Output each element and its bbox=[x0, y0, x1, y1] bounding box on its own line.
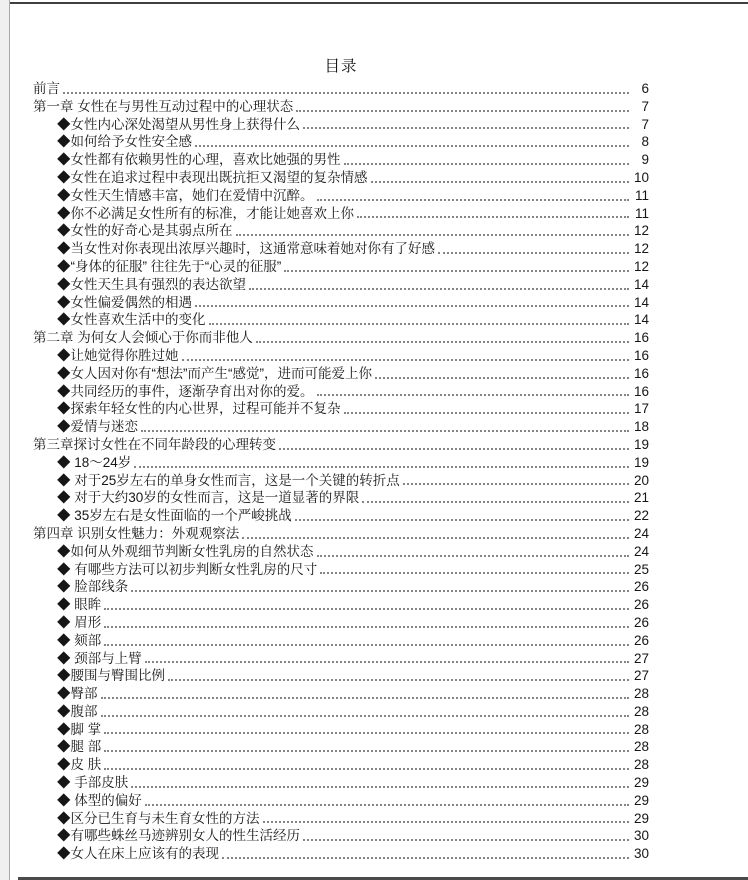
toc-entry[interactable]: ◆女性内心深处渴望从男性身上获得什么 7 bbox=[33, 116, 649, 134]
toc-entry-text: ◆女性都有依赖男性的心理，喜欢比她强的男性 bbox=[57, 151, 341, 169]
toc-entry[interactable]: ◆女性的好奇心是其弱点所在 12 bbox=[33, 222, 649, 240]
toc-entry-page-number: 28 bbox=[631, 703, 649, 721]
toc-entry-text: ◆腿 部 bbox=[57, 738, 101, 756]
dot-leader bbox=[209, 323, 630, 325]
toc-entry-text: ◆如何给予女性安全感 bbox=[57, 133, 192, 151]
dot-leader bbox=[101, 697, 630, 699]
toc-entry-page-number: 10 bbox=[631, 169, 649, 187]
dot-leader bbox=[344, 163, 630, 165]
toc-entry-text: ◆腹部 bbox=[57, 703, 98, 721]
toc-entry[interactable]: ◆女性在追求过程中表现出既抗拒又渴望的复杂情感 10 bbox=[33, 169, 649, 187]
toc-entry-page-number: 6 bbox=[631, 80, 649, 98]
toc-entry-text: 第四章 识别女性魅力：外观观察法 bbox=[33, 525, 239, 543]
toc-entry-page-number: 7 bbox=[631, 98, 649, 116]
toc-entry-page-number: 14 bbox=[631, 294, 649, 312]
toc-title: 目录 bbox=[33, 57, 649, 77]
toc-entry[interactable]: ◆共同经历的事件，逐渐孕育出对你的爱。 16 bbox=[33, 383, 649, 401]
toc-entry-page-number: 12 bbox=[631, 240, 649, 258]
toc-entry[interactable]: ◆女性天生具有强烈的表达欲望 14 bbox=[33, 276, 649, 294]
toc-entry[interactable]: ◆让她觉得你胜过她 16 bbox=[33, 347, 649, 365]
toc-entry-page-number: 30 bbox=[631, 827, 649, 845]
page-content: 目录 前言 6 第一章 女性在与男性互动过程中的心理状态 7 ◆女性内心深处渴望… bbox=[33, 0, 649, 863]
toc-entry-text: ◆你不必满足女性所有的标准，才能让她喜欢上你 bbox=[57, 205, 354, 223]
toc-entry-text: ◆ 颈部与上臂 bbox=[57, 650, 142, 668]
dot-leader bbox=[279, 448, 629, 450]
toc-entry-text: ◆爱情与迷恋 bbox=[57, 418, 138, 436]
toc-entry-text: ◆女人因对你有“想法”而产生“感觉”，进而可能爱上你 bbox=[57, 365, 372, 383]
dot-leader bbox=[403, 483, 629, 485]
toc-entry-page-number: 9 bbox=[631, 151, 649, 169]
toc-entry[interactable]: ◆ 35岁左右是女性面临的一个严峻挑战 22 bbox=[33, 507, 649, 525]
toc-entry-text: ◆女性在追求过程中表现出既抗拒又渴望的复杂情感 bbox=[57, 169, 368, 187]
toc-entry-text: 第二章 为何女人会倾心于你而非他人 bbox=[33, 329, 253, 347]
dot-leader bbox=[104, 732, 629, 734]
dot-leader bbox=[195, 305, 629, 307]
toc-entry-page-number: 24 bbox=[631, 543, 649, 561]
toc-entry-page-number: 7 bbox=[631, 116, 649, 134]
toc-entry-page-number: 26 bbox=[631, 614, 649, 632]
toc-entry-page-number: 27 bbox=[631, 650, 649, 668]
toc-entry-text: ◆女性的好奇心是其弱点所在 bbox=[57, 222, 233, 240]
toc-entry[interactable]: 前言 6 bbox=[33, 80, 649, 98]
dot-leader bbox=[249, 288, 629, 290]
toc-entry-text: ◆ 对于大约30岁的女性而言，这是一道显著的界限 bbox=[57, 489, 359, 507]
toc-entry-text: 前言 bbox=[33, 80, 60, 98]
toc-entry-text: ◆有哪些蛛丝马迹辨别女人的性生活经历 bbox=[57, 827, 300, 845]
toc-entry-text: ◆ 脸部线条 bbox=[57, 578, 128, 596]
toc-entry[interactable]: ◆女人因对你有“想法”而产生“感觉”，进而可能爱上你 16 bbox=[33, 365, 649, 383]
toc-entry[interactable]: ◆女性天生情感丰富，她们在爱情中沉醉。 11 bbox=[33, 187, 649, 205]
toc-entry-text: ◆ 眉形 bbox=[57, 614, 101, 632]
dot-leader bbox=[104, 768, 629, 770]
toc-entry[interactable]: ◆女性喜欢生活中的变化 14 bbox=[33, 311, 649, 329]
dot-leader bbox=[317, 394, 630, 396]
dot-leader bbox=[296, 110, 629, 112]
toc-entry-page-number: 12 bbox=[631, 222, 649, 240]
toc-entry-page-number: 28 bbox=[631, 721, 649, 739]
toc-entry-text: ◆ 眼眸 bbox=[57, 596, 101, 614]
dot-leader bbox=[101, 715, 630, 717]
toc-entry[interactable]: ◆ 对于25岁左右的单身女性而言，这是一个关键的转折点 20 bbox=[33, 472, 649, 490]
toc-entry[interactable]: ◆ 手部皮肤 29 bbox=[33, 774, 649, 792]
dot-leader bbox=[131, 590, 629, 592]
dot-leader bbox=[63, 92, 629, 94]
dot-leader bbox=[256, 341, 629, 343]
toc-entry[interactable]: ◆爱情与迷恋 18 bbox=[33, 418, 649, 436]
toc-entry[interactable]: ◆ 眼眸 26 bbox=[33, 596, 649, 614]
dot-leader bbox=[104, 644, 629, 646]
dot-leader bbox=[104, 608, 629, 610]
toc-entry-text: ◆让她觉得你胜过她 bbox=[57, 347, 179, 365]
toc-entry-page-number: 14 bbox=[631, 311, 649, 329]
document-page: 目录 前言 6 第一章 女性在与男性互动过程中的心理状态 7 ◆女性内心深处渴望… bbox=[9, 0, 748, 880]
toc-entry[interactable]: ◆ 颏部 26 bbox=[33, 632, 649, 650]
toc-entry-page-number: 19 bbox=[631, 436, 649, 454]
toc-entry-page-number: 30 bbox=[631, 845, 649, 863]
toc-entry-text: ◆臀部 bbox=[57, 685, 98, 703]
dot-leader bbox=[168, 679, 629, 681]
toc-entry-page-number: 29 bbox=[631, 774, 649, 792]
toc-entry-page-number: 20 bbox=[631, 472, 649, 490]
toc-entry-page-number: 16 bbox=[631, 365, 649, 383]
toc-entry-page-number: 8 bbox=[631, 133, 649, 151]
toc-entry-page-number: 24 bbox=[631, 525, 649, 543]
dot-leader bbox=[438, 252, 629, 254]
toc-entry-page-number: 29 bbox=[631, 810, 649, 828]
toc-entry-text: 第一章 女性在与男性互动过程中的心理状态 bbox=[33, 98, 293, 116]
toc-entry-page-number: 17 bbox=[631, 400, 649, 418]
dot-leader bbox=[141, 430, 629, 432]
toc-entry[interactable]: 第一章 女性在与男性互动过程中的心理状态 7 bbox=[33, 98, 649, 116]
dot-leader bbox=[131, 786, 629, 788]
toc-entry-text: 第三章探讨女性在不同年龄段的心理转变 bbox=[33, 436, 276, 454]
toc-entry-page-number: 16 bbox=[631, 383, 649, 401]
dot-leader bbox=[357, 216, 629, 218]
toc-entry[interactable]: ◆腹部 28 bbox=[33, 703, 649, 721]
toc-entry-text: ◆腰围与臀围比例 bbox=[57, 667, 165, 685]
toc-entry[interactable]: ◆如何从外观细节判断女性乳房的自然状态 24 bbox=[33, 543, 649, 561]
toc-entry-page-number: 22 bbox=[631, 507, 649, 525]
toc-entry[interactable]: ◆区分已生育与未生育女性的方法 29 bbox=[33, 810, 649, 828]
toc-entry[interactable]: ◆ 脸部线条 26 bbox=[33, 578, 649, 596]
toc-entry-page-number: 12 bbox=[631, 258, 649, 276]
toc-entry[interactable]: ◆女性都有依赖男性的心理，喜欢比她强的男性 9 bbox=[33, 151, 649, 169]
toc-entry-text: ◆脚 掌 bbox=[57, 721, 101, 739]
dot-leader bbox=[295, 519, 629, 521]
dot-leader bbox=[222, 857, 629, 859]
toc-entry[interactable]: ◆ 18～24岁 19 bbox=[33, 454, 649, 472]
dot-leader bbox=[145, 804, 629, 806]
dot-leader bbox=[236, 234, 630, 236]
dot-leader bbox=[303, 127, 629, 129]
toc-entry-text: ◆“身体的征服” 往往先于“心灵的征服” bbox=[57, 258, 281, 276]
dot-leader bbox=[344, 412, 630, 414]
toc-entry-text: ◆ 颏部 bbox=[57, 632, 101, 650]
toc-entry-page-number: 26 bbox=[631, 596, 649, 614]
toc-entry-page-number: 19 bbox=[631, 454, 649, 472]
toc-entry-page-number: 11 bbox=[631, 187, 649, 205]
toc-entry[interactable]: ◆ 对于大约30岁的女性而言，这是一道显著的界限 21 bbox=[33, 489, 649, 507]
toc-entry[interactable]: ◆ 颈部与上臂 27 bbox=[33, 650, 649, 668]
toc-entry-text: ◆ 35岁左右是女性面临的一个严峻挑战 bbox=[57, 507, 292, 525]
toc-entry-text: ◆女性喜欢生活中的变化 bbox=[57, 311, 206, 329]
dot-leader bbox=[145, 661, 629, 663]
toc-entry-text: ◆女性天生具有强烈的表达欲望 bbox=[57, 276, 246, 294]
toc-entry-text: ◆皮 肤 bbox=[57, 756, 101, 774]
toc-entry[interactable]: ◆“身体的征服” 往往先于“心灵的征服” 12 bbox=[33, 258, 649, 276]
toc-entry[interactable]: ◆女人在床上应该有的表现 30 bbox=[33, 845, 649, 863]
toc-entry[interactable]: ◆有哪些蛛丝马迹辨别女人的性生活经历 30 bbox=[33, 827, 649, 845]
toc-entry-page-number: 14 bbox=[631, 276, 649, 294]
toc-entry[interactable]: 第四章 识别女性魅力：外观观察法 24 bbox=[33, 525, 649, 543]
toc-entry-page-number: 18 bbox=[631, 418, 649, 436]
toc-entry-text: ◆女性偏爱偶然的相遇 bbox=[57, 294, 192, 312]
toc-entry-page-number: 28 bbox=[631, 756, 649, 774]
dot-leader bbox=[320, 572, 629, 574]
toc-entry-text: ◆ 18～24岁 bbox=[57, 454, 131, 472]
toc-entry-page-number: 28 bbox=[631, 738, 649, 756]
toc-entry-page-number: 26 bbox=[631, 578, 649, 596]
dot-leader bbox=[134, 466, 629, 468]
toc-entry[interactable]: ◆女性偏爱偶然的相遇 14 bbox=[33, 294, 649, 312]
toc-entry[interactable]: ◆腰围与臀围比例 27 bbox=[33, 667, 649, 685]
toc-entry-page-number: 28 bbox=[631, 685, 649, 703]
toc-entry-page-number: 21 bbox=[631, 489, 649, 507]
dot-leader bbox=[303, 839, 629, 841]
toc-entry-text: ◆ 手部皮肤 bbox=[57, 774, 128, 792]
dot-leader bbox=[104, 750, 629, 752]
dot-leader bbox=[317, 199, 630, 201]
toc-entry[interactable]: ◆当女性对你表现出浓厚兴趣时，这通常意味着她对你有了好感 12 bbox=[33, 240, 649, 258]
dot-leader bbox=[195, 145, 629, 147]
dot-leader bbox=[362, 501, 629, 503]
toc-entry[interactable]: ◆皮 肤 28 bbox=[33, 756, 649, 774]
dot-leader bbox=[317, 555, 630, 557]
toc-entry[interactable]: ◆ 体型的偏好 29 bbox=[33, 792, 649, 810]
toc-entry[interactable]: ◆腿 部 28 bbox=[33, 738, 649, 756]
toc-entry-page-number: 11 bbox=[631, 205, 649, 223]
dot-leader bbox=[242, 537, 629, 539]
toc-entry[interactable]: 第三章探讨女性在不同年龄段的心理转变 19 bbox=[33, 436, 649, 454]
toc-entry-text: ◆女人在床上应该有的表现 bbox=[57, 845, 219, 863]
dot-leader bbox=[263, 821, 630, 823]
toc-entry-text: ◆ 对于25岁左右的单身女性而言，这是一个关键的转折点 bbox=[57, 472, 400, 490]
toc-entry-text: ◆区分已生育与未生育女性的方法 bbox=[57, 810, 260, 828]
dot-leader bbox=[371, 181, 630, 183]
toc-entry[interactable]: ◆ 有哪些方法可以初步判断女性乳房的尺寸 25 bbox=[33, 561, 649, 579]
toc-entry[interactable]: ◆探索年轻女性的内心世界，过程可能并不复杂 17 bbox=[33, 400, 649, 418]
toc-entry-text: ◆女性天生情感丰富，她们在爱情中沉醉。 bbox=[57, 187, 314, 205]
toc-entry-page-number: 27 bbox=[631, 667, 649, 685]
toc-entry-text: ◆女性内心深处渴望从男性身上获得什么 bbox=[57, 116, 300, 134]
toc-entry-text: ◆ 有哪些方法可以初步判断女性乳房的尺寸 bbox=[57, 561, 317, 579]
toc-entry[interactable]: ◆脚 掌 28 bbox=[33, 721, 649, 739]
toc-entry-page-number: 16 bbox=[631, 347, 649, 365]
toc-list: 前言 6 第一章 女性在与男性互动过程中的心理状态 7 ◆女性内心深处渴望从男性… bbox=[33, 80, 649, 863]
toc-entry-text: ◆共同经历的事件，逐渐孕育出对你的爱。 bbox=[57, 383, 314, 401]
toc-entry-page-number: 26 bbox=[631, 632, 649, 650]
toc-entry-text: ◆探索年轻女性的内心世界，过程可能并不复杂 bbox=[57, 400, 341, 418]
toc-entry-text: ◆ 体型的偏好 bbox=[57, 792, 142, 810]
toc-entry[interactable]: ◆ 眉形 26 bbox=[33, 614, 649, 632]
dot-leader bbox=[375, 377, 629, 379]
dot-leader bbox=[182, 359, 630, 361]
toc-entry-page-number: 25 bbox=[631, 561, 649, 579]
toc-entry-page-number: 29 bbox=[631, 792, 649, 810]
toc-entry[interactable]: 第二章 为何女人会倾心于你而非他人 16 bbox=[33, 329, 649, 347]
toc-entry[interactable]: ◆臀部 28 bbox=[33, 685, 649, 703]
dot-leader bbox=[284, 270, 629, 272]
dot-leader bbox=[104, 626, 629, 628]
toc-entry-text: ◆如何从外观细节判断女性乳房的自然状态 bbox=[57, 543, 314, 561]
toc-entry[interactable]: ◆你不必满足女性所有的标准，才能让她喜欢上你 11 bbox=[33, 205, 649, 223]
toc-entry-page-number: 16 bbox=[631, 329, 649, 347]
toc-entry-text: ◆当女性对你表现出浓厚兴趣时，这通常意味着她对你有了好感 bbox=[57, 240, 435, 258]
toc-entry[interactable]: ◆如何给予女性安全感 8 bbox=[33, 133, 649, 151]
